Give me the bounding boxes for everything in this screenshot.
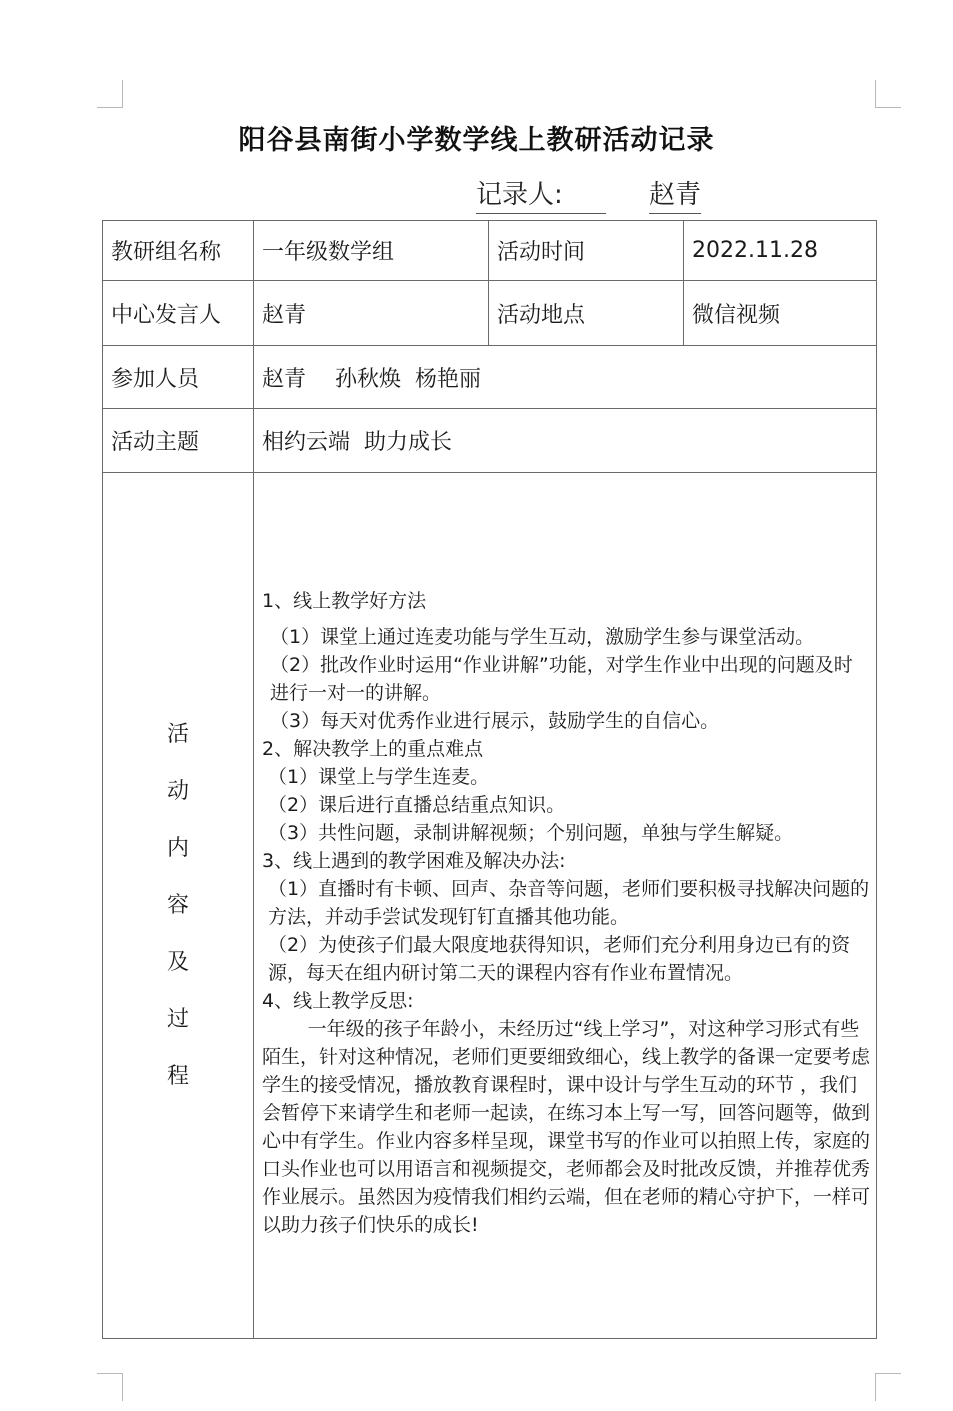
activity-record-table: 教研组名称 一年级数学组 活动时间 2022.11.28 中心发言人 赵青 活动… — [102, 220, 877, 1339]
label-char: 动 — [111, 763, 245, 820]
label-char: 程 — [111, 1048, 245, 1105]
speaker-value: 赵青 — [254, 281, 489, 346]
reflection-paragraph: 一年级的孩子年龄小，未经历过“线上学习”，对这种学习形式有些陌生，针对这种情况，… — [262, 1015, 870, 1239]
participants-value: 赵青 孙秋焕 杨艳丽 — [254, 346, 877, 409]
table-row: 活动主题 相约云端 助力成长 — [103, 409, 877, 473]
activity-time-label: 活动时间 — [489, 221, 684, 281]
content-process-label: 活 动 内 容 及 过 程 — [103, 473, 254, 1339]
list-item: （1）课堂上通过连麦功能与学生互动，激励学生参与课堂活动。 — [262, 623, 870, 651]
list-item: （1）课堂上与学生连麦。 — [262, 763, 870, 791]
list-item: （3）每天对优秀作业进行展示，鼓励学生的自信心。 — [262, 707, 870, 735]
list-item: （2）批改作业时运用“作业讲解”功能，对学生作业中出现的问题及时进行一对一的讲解… — [262, 651, 870, 707]
activity-time-value: 2022.11.28 — [684, 221, 877, 281]
list-item: （2）为使孩子们最大限度地获得知识，老师们充分利用身边已有的资源，每天在组内研讨… — [262, 931, 870, 987]
label-char: 过 — [111, 991, 245, 1048]
table-row: 教研组名称 一年级数学组 活动时间 2022.11.28 — [103, 221, 877, 281]
participants-label: 参加人员 — [103, 346, 254, 409]
group-name-value: 一年级数学组 — [254, 221, 489, 281]
group-name-label: 教研组名称 — [103, 221, 254, 281]
section-heading: 3、线上遇到的教学困难及解决办法: — [262, 847, 870, 875]
table-row: 参加人员 赵青 孙秋焕 杨艳丽 — [103, 346, 877, 409]
label-char: 容 — [111, 877, 245, 934]
section-heading: 4、线上教学反思: — [262, 987, 870, 1015]
activity-location-value: 微信视频 — [684, 281, 877, 346]
recorder-name: 赵青 — [649, 174, 701, 214]
section-heading: 2、解决教学上的重点难点 — [262, 735, 870, 763]
list-item: （2）课后进行直播总结重点知识。 — [262, 791, 870, 819]
label-char: 及 — [111, 934, 245, 991]
page-corner-mark-top-right — [875, 80, 901, 108]
label-char: 内 — [111, 820, 245, 877]
content-process-body: 1、线上教学好方法 （1）课堂上通过连麦功能与学生互动，激励学生参与课堂活动。 … — [254, 473, 877, 1339]
speaker-label: 中心发言人 — [103, 281, 254, 346]
theme-label: 活动主题 — [103, 409, 254, 473]
page-corner-mark-bottom-right — [875, 1373, 901, 1401]
page-corner-mark-top-left — [97, 80, 123, 108]
list-item: （3）共性问题，录制讲解视频；个别问题，单独与学生解疑。 — [262, 819, 870, 847]
section-heading: 1、线上教学好方法 — [262, 587, 870, 615]
list-item: （1）直播时有卡顿、回声、杂音等问题，老师们要积极寻找解决问题的方法，并动手尝试… — [262, 875, 870, 931]
table-row: 中心发言人 赵青 活动地点 微信视频 — [103, 281, 877, 346]
table-row: 活 动 内 容 及 过 程 1、线上教学好方法 （1）课堂上通过连麦功能与学生互… — [103, 473, 877, 1339]
recorder-line: 记录人:赵青 — [476, 174, 701, 214]
theme-value: 相约云端 助力成长 — [254, 409, 877, 473]
label-char: 活 — [111, 706, 245, 763]
recorder-label: 记录人: — [476, 174, 606, 214]
document-title: 阳谷县南街小学数学线上教研活动记录 — [0, 118, 953, 157]
activity-location-label: 活动地点 — [489, 281, 684, 346]
page-corner-mark-bottom-left — [97, 1373, 123, 1401]
